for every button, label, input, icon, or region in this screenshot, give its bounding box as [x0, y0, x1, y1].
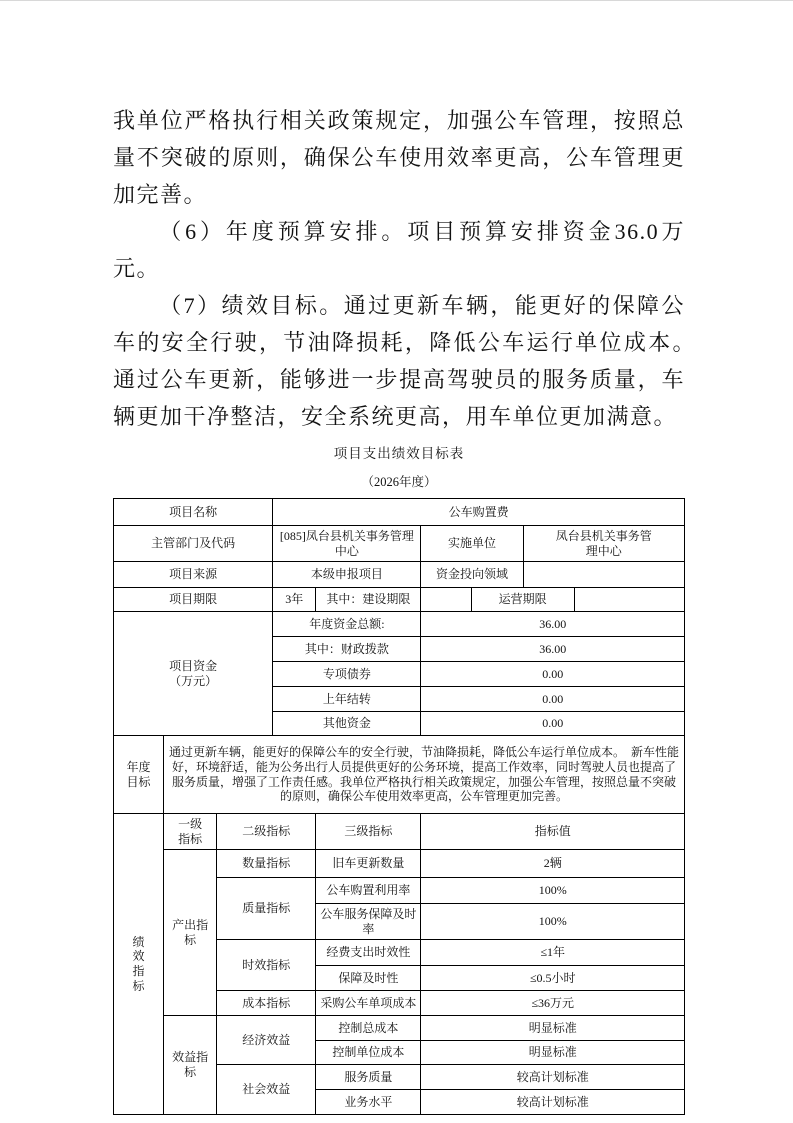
performance-target-table: 项目名称 公车购置费 主管部门及代码 [085]凤台县机关事务管理中心 实施单位…	[113, 498, 685, 1115]
indicator-old-car-renew: 旧车更新数量	[316, 850, 421, 878]
fund-direction-value	[523, 562, 684, 588]
document-content: 我单位严格执行相关政策规定，加强公车管理，按照总量不突破的原则，确保公车使用效率…	[113, 1, 685, 1115]
indicator-header-value: 指标值	[421, 814, 685, 850]
project-name-value: 公车购置费	[273, 499, 685, 526]
indicator-control-total-cost-value: 明显标准	[421, 1016, 685, 1041]
indicator-purchase-utilization-value: 100%	[421, 878, 685, 904]
indicator-economic-benefit-label: 经济效益	[217, 1016, 316, 1065]
project-period-label: 项目期限	[114, 588, 273, 612]
indicator-header-level2: 二级指标	[217, 814, 316, 850]
indicator-old-car-renew-value: 2辆	[421, 850, 685, 878]
document-page: 我单位严格执行相关政策规定，加强公车管理，按照总量不突破的原则，确保公车使用效率…	[0, 0, 793, 1123]
fund-other-label: 其他资金	[273, 712, 421, 736]
indicator-quantity-label: 数量指标	[217, 850, 316, 878]
project-source-label: 项目来源	[114, 562, 273, 588]
project-source-value: 本级申报项目	[273, 562, 421, 588]
indicator-expense-timeliness-value: ≤1年	[421, 940, 685, 966]
performance-indicator-side-label: 绩 效 指 标	[114, 814, 164, 1115]
implement-unit-value: 凤台县机关事务管 理中心	[523, 526, 684, 562]
department-value: [085]凤台县机关事务管理中心	[273, 526, 421, 562]
indicator-quality-label: 质量指标	[217, 878, 316, 940]
table-row: 效益指标 经济效益 控制总成本 明显标准	[114, 1016, 685, 1041]
table-row: 产出指标 数量指标 旧车更新数量 2辆	[114, 850, 685, 878]
indicator-social-benefit-label: 社会效益	[217, 1065, 316, 1115]
indicator-guarantee-timeliness-value: ≤0.5小时	[421, 966, 685, 991]
fund-bond-label: 专项债券	[273, 662, 421, 687]
indicator-unit-purchase-cost-value: ≤36万元	[421, 991, 685, 1016]
paragraph-budget-arrangement: （6）年度预算安排。项目预算安排资金36.0万元。	[113, 213, 685, 287]
table-title: 项目支出绩效目标表	[113, 442, 685, 462]
fund-carryover-value: 0.00	[421, 687, 685, 712]
implement-unit-label: 实施单位	[421, 526, 523, 562]
indicator-header-level1: 一级 指标	[164, 814, 217, 850]
operate-period-value	[574, 588, 684, 612]
table-row: 项目资金 （万元） 年度资金总额: 36.00	[114, 612, 685, 637]
paragraph-performance-goal: （7）绩效目标。通过更新车辆，能更好的保障公车的安全行驶，节油降损耗，降低公车运…	[113, 287, 685, 435]
table-row: 主管部门及代码 [085]凤台县机关事务管理中心 实施单位 凤台县机关事务管 理…	[114, 526, 685, 562]
indicator-group-benefit: 效益指标	[164, 1016, 217, 1115]
fund-other-value: 0.00	[421, 712, 685, 736]
fund-bond-value: 0.00	[421, 662, 685, 687]
table-row: 年度 目标 通过更新车辆，能更好的保障公车的安全行驶，节油降损耗，降低公车运行单…	[114, 736, 685, 814]
fund-fiscal-label: 其中：财政拨款	[273, 637, 421, 662]
table-row: 项目期限 3年 其中：建设期限 运营期限	[114, 588, 685, 612]
annual-goal-text: 通过更新车辆，能更好的保障公车的安全行驶，节油降损耗，降低公车运行单位成本。 新…	[164, 736, 685, 814]
body-text: 我单位严格执行相关政策规定，加强公车管理，按照总量不突破的原则，确保公车使用效率…	[113, 1, 685, 435]
indicator-cost-label: 成本指标	[217, 991, 316, 1016]
indicator-unit-purchase-cost: 采购公车单项成本	[316, 991, 421, 1016]
indicator-expense-timeliness: 经费支出时效性	[316, 940, 421, 966]
fund-total-label: 年度资金总额:	[273, 612, 421, 637]
table-subtitle: （2026年度）	[113, 472, 685, 490]
indicator-business-level: 业务水平	[316, 1090, 421, 1115]
annual-goal-label: 年度 目标	[114, 736, 164, 814]
build-period-label: 其中：建设期限	[316, 588, 421, 612]
indicator-service-quality-value: 较高计划标准	[421, 1065, 685, 1090]
indicator-group-output: 产出指标	[164, 850, 217, 1016]
indicator-service-timely-rate: 公车服务保障及时率	[316, 904, 421, 940]
table-row: 绩 效 指 标 一级 指标 二级指标 三级指标 指标值	[114, 814, 685, 850]
fund-fiscal-value: 36.00	[421, 637, 685, 662]
indicator-control-total-cost: 控制总成本	[316, 1016, 421, 1041]
indicator-business-level-value: 较高计划标准	[421, 1090, 685, 1115]
fund-total-value: 36.00	[421, 612, 685, 637]
project-period-years: 3年	[273, 588, 316, 612]
table-row: 项目名称 公车购置费	[114, 499, 685, 526]
indicator-guarantee-timeliness: 保障及时性	[316, 966, 421, 991]
fund-carryover-label: 上年结转	[273, 687, 421, 712]
indicator-service-quality: 服务质量	[316, 1065, 421, 1090]
table-row: 项目来源 本级申报项目 资金投向领域	[114, 562, 685, 588]
indicator-service-timely-rate-value: 100%	[421, 904, 685, 940]
indicator-timeliness-label: 时效指标	[217, 940, 316, 991]
paragraph-policy: 我单位严格执行相关政策规定，加强公车管理，按照总量不突破的原则，确保公车使用效率…	[113, 102, 685, 213]
fund-direction-label: 资金投向领域	[421, 562, 523, 588]
build-period-value	[421, 588, 471, 612]
indicator-purchase-utilization: 公车购置利用率	[316, 878, 421, 904]
project-name-label: 项目名称	[114, 499, 273, 526]
indicator-control-unit-cost-value: 明显标准	[421, 1041, 685, 1065]
indicator-control-unit-cost: 控制单位成本	[316, 1041, 421, 1065]
operate-period-label: 运营期限	[471, 588, 574, 612]
department-label: 主管部门及代码	[114, 526, 273, 562]
indicator-header-level3: 三级指标	[316, 814, 421, 850]
project-funds-label: 项目资金 （万元）	[114, 612, 273, 736]
